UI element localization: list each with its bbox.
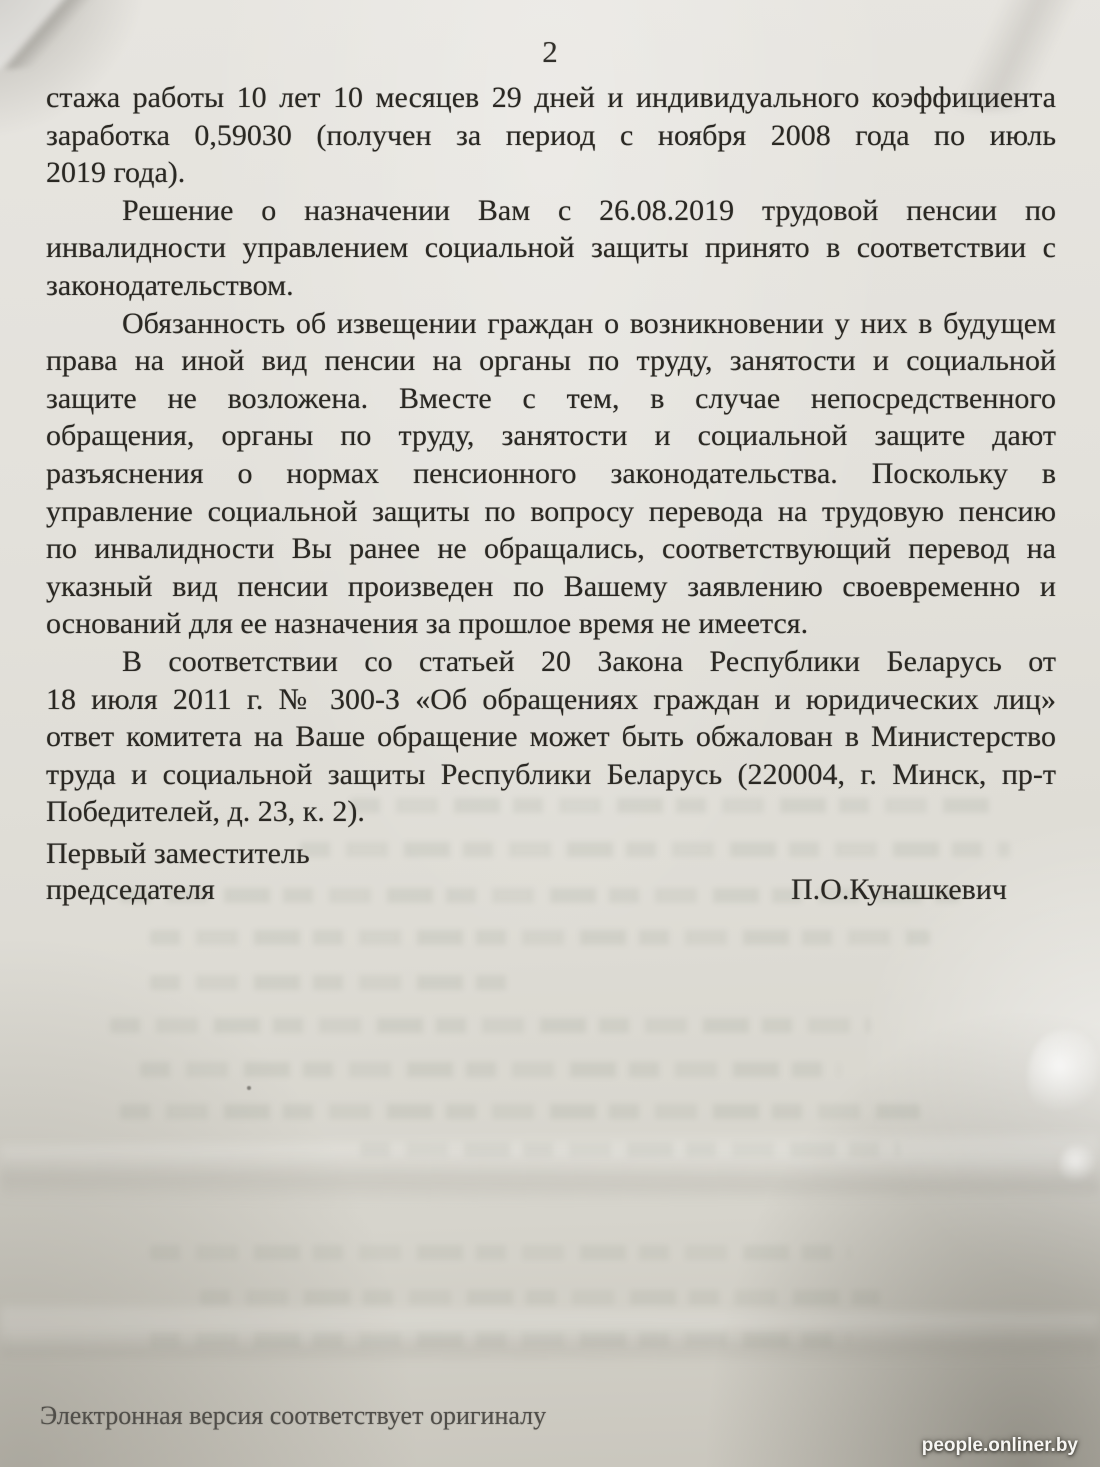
ghost-line: [150, 975, 510, 990]
paragraph: В соответствии со статьей 20 Закона Респ…: [46, 643, 1056, 831]
signer-name: П.О.Кунашкевич: [791, 872, 1007, 908]
body-line: В соответствии со статьей 20 Закона Респ…: [46, 643, 1056, 681]
page-number: 2: [0, 34, 1100, 70]
body-line: заработка 0,59030 (получен за период с н…: [46, 117, 1056, 155]
body-line: инвалидности управлением социальной защи…: [46, 229, 1056, 267]
body-line: оснований для ее назначения за прошлое в…: [46, 605, 1056, 643]
ghost-line: [110, 1018, 870, 1033]
body-line: труда и социальной защиты Республики Бел…: [46, 756, 1056, 794]
signer-title: Первый заместитель председателя: [46, 836, 310, 908]
body-line: права на иной вид пенсии на органы по тр…: [46, 342, 1056, 380]
ghost-line: [360, 1142, 900, 1157]
body-line: Решение о назначении Вам с 26.08.2019 тр…: [46, 192, 1056, 230]
body-line: указный вид пенсии произведен по Вашему …: [46, 568, 1056, 606]
letter-body: стажа работы 10 лет 10 месяцев 29 дней и…: [46, 79, 1056, 908]
body-line: Победителей, д. 23, к. 2).: [46, 793, 1056, 831]
body-line: по инвалидности Вы ранее не обращались, …: [46, 530, 1056, 568]
ghost-line: [140, 1062, 840, 1077]
paper-fold-dent: [1060, 1145, 1094, 1185]
paragraph: Решение о назначении Вам с 26.08.2019 тр…: [46, 192, 1056, 305]
paragraph: стажа работы 10 лет 10 месяцев 29 дней и…: [46, 79, 1056, 192]
ghost-line: [150, 1332, 850, 1347]
signature-block: Первый заместитель председателя П.О.Куна…: [46, 836, 1056, 908]
body-line: законодательством.: [46, 267, 1056, 305]
body-line: обращения, органы по труду, занятости и …: [46, 417, 1056, 455]
signer-title-line: председателя: [46, 872, 310, 908]
body-line: 2019 года).: [46, 154, 1056, 192]
paper-fold-dent: [1028, 1030, 1098, 1120]
body-line: разъяснения о нормах пенсионного законод…: [46, 455, 1056, 493]
body-line: Обязанность об извещении граждан о возни…: [46, 305, 1056, 343]
paper-speck: [247, 1086, 251, 1090]
scanned-letter-page: 2 стажа работы 10 лет 10 месяцев 29 дней…: [0, 0, 1100, 1467]
body-line: защите не возложена. Вместе с тем, в слу…: [46, 380, 1056, 418]
ghost-line: [150, 1245, 850, 1260]
ghost-line: [120, 1104, 920, 1119]
signer-title-line: Первый заместитель: [46, 836, 310, 872]
body-line: управление социальной защиты по вопросу …: [46, 493, 1056, 531]
ghost-line: [150, 930, 930, 945]
body-line: стажа работы 10 лет 10 месяцев 29 дней и…: [46, 79, 1056, 117]
ghost-line: [200, 1290, 880, 1305]
paragraph: Обязанность об извещении граждан о возни…: [46, 305, 1056, 643]
body-line: 18 июля 2011 г. № 300-З «Об обращениях г…: [46, 681, 1056, 719]
electronic-copy-note: Электронная версия соответствует оригина…: [40, 1401, 546, 1431]
body-line: ответ комитета на Ваше обращение может б…: [46, 718, 1056, 756]
site-watermark: people.onliner.by: [922, 1435, 1078, 1457]
